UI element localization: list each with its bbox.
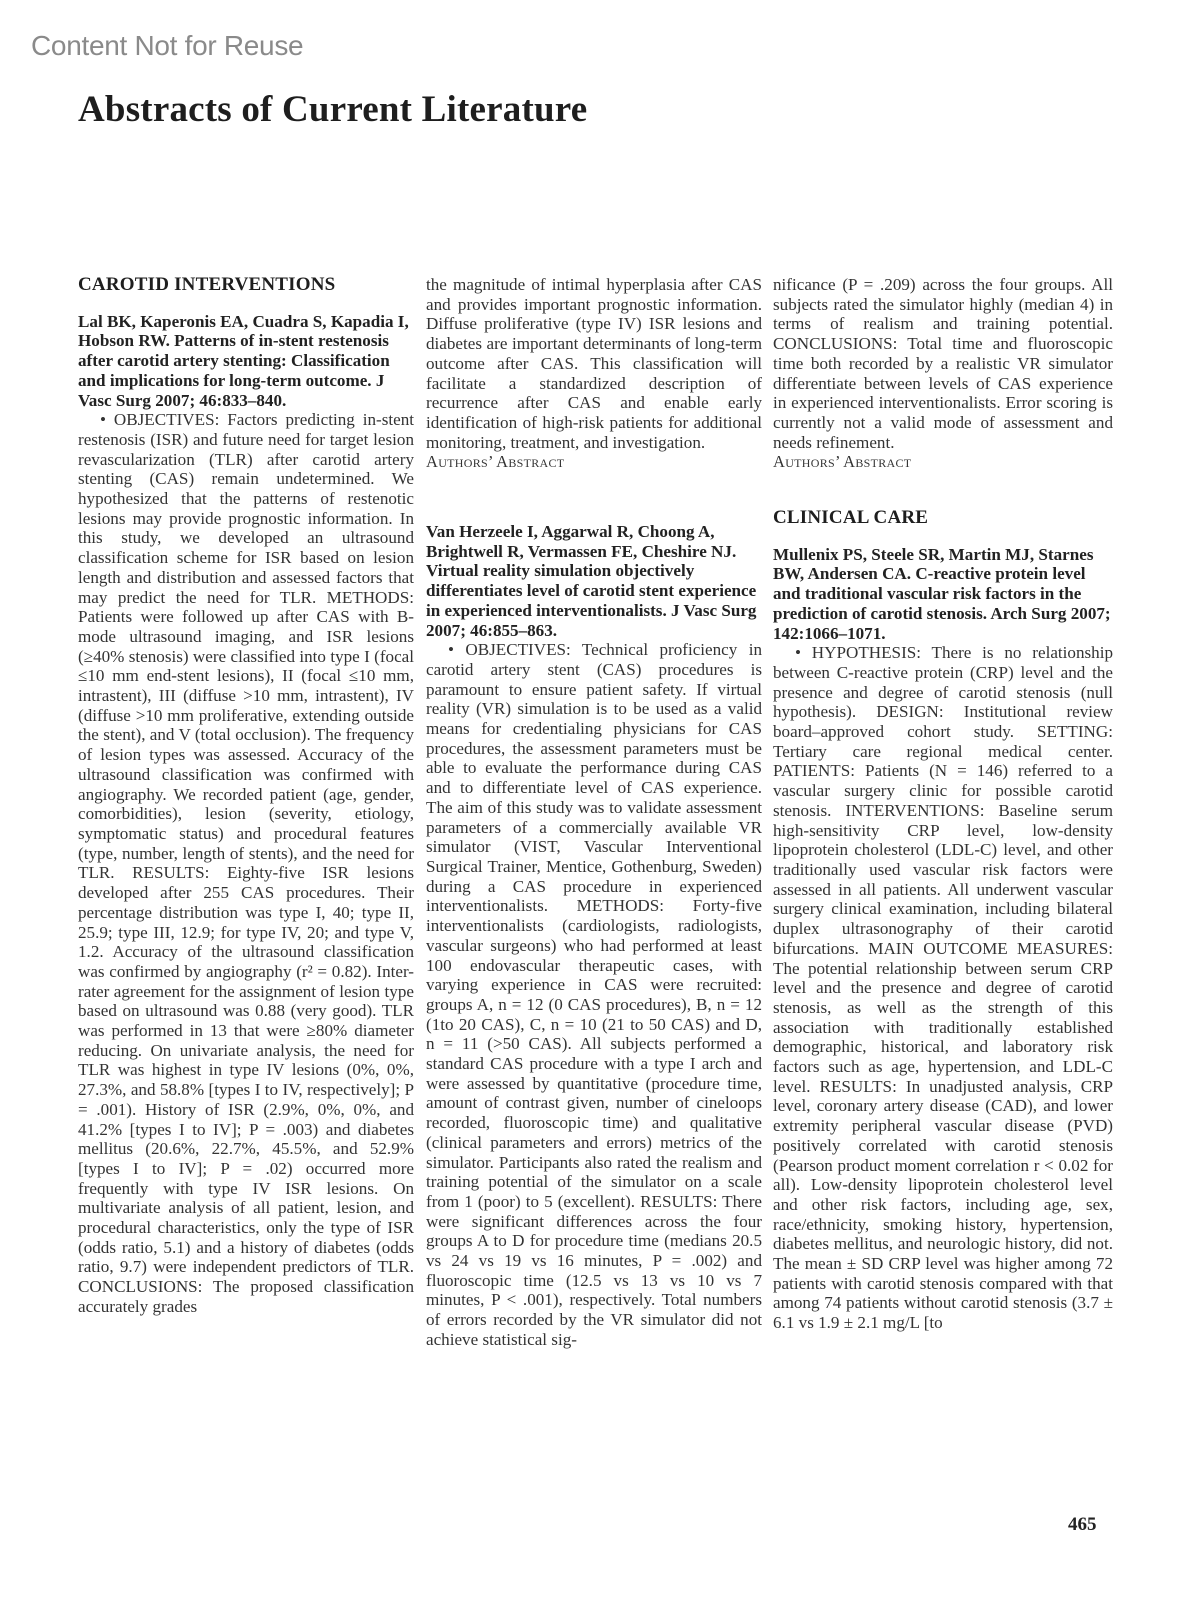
column-3: nificance (P = .209) across the four gro… [773,275,1113,1333]
article-3-citation: Mullenix PS, Steele SR, Martin MJ, Starn… [773,545,1113,644]
article-1-abstract: • OBJECTIVES: Factors predicting in-sten… [78,410,414,1316]
section-heading-clinical-care: CLINICAL CARE [773,508,1113,528]
page-title: Abstracts of Current Literature [78,88,587,131]
article-2-citation: Van Herzeele I, Aggarwal R, Choong A, Br… [426,522,762,640]
article-3-abstract: • HYPOTHESIS: There is no relationship b… [773,643,1113,1333]
column-1: CAROTID INTERVENTIONS Lal BK, Kaperonis … [78,275,414,1317]
article-1-abstract-continued: the magnitude of intimal hyperplasia aft… [426,275,762,452]
article-1-citation: Lal BK, Kaperonis EA, Cuadra S, Kapadia … [78,312,414,411]
article-2-abstract-continued: nificance (P = .209) across the four gro… [773,275,1113,452]
column-2: the magnitude of intimal hyperplasia aft… [426,275,762,1350]
spacer [773,472,1113,508]
section-heading-carotid-interventions: CAROTID INTERVENTIONS [78,275,414,295]
article-2-abstract: • OBJECTIVES: Technical proficiency in c… [426,640,762,1349]
article-2-signature: Authors’ Abstract [773,452,1113,472]
article-1-signature: Authors’ Abstract [426,452,762,472]
watermark-text: Content Not for Reuse [31,30,303,62]
page-number: 465 [1068,1514,1097,1536]
spacer [426,472,762,522]
